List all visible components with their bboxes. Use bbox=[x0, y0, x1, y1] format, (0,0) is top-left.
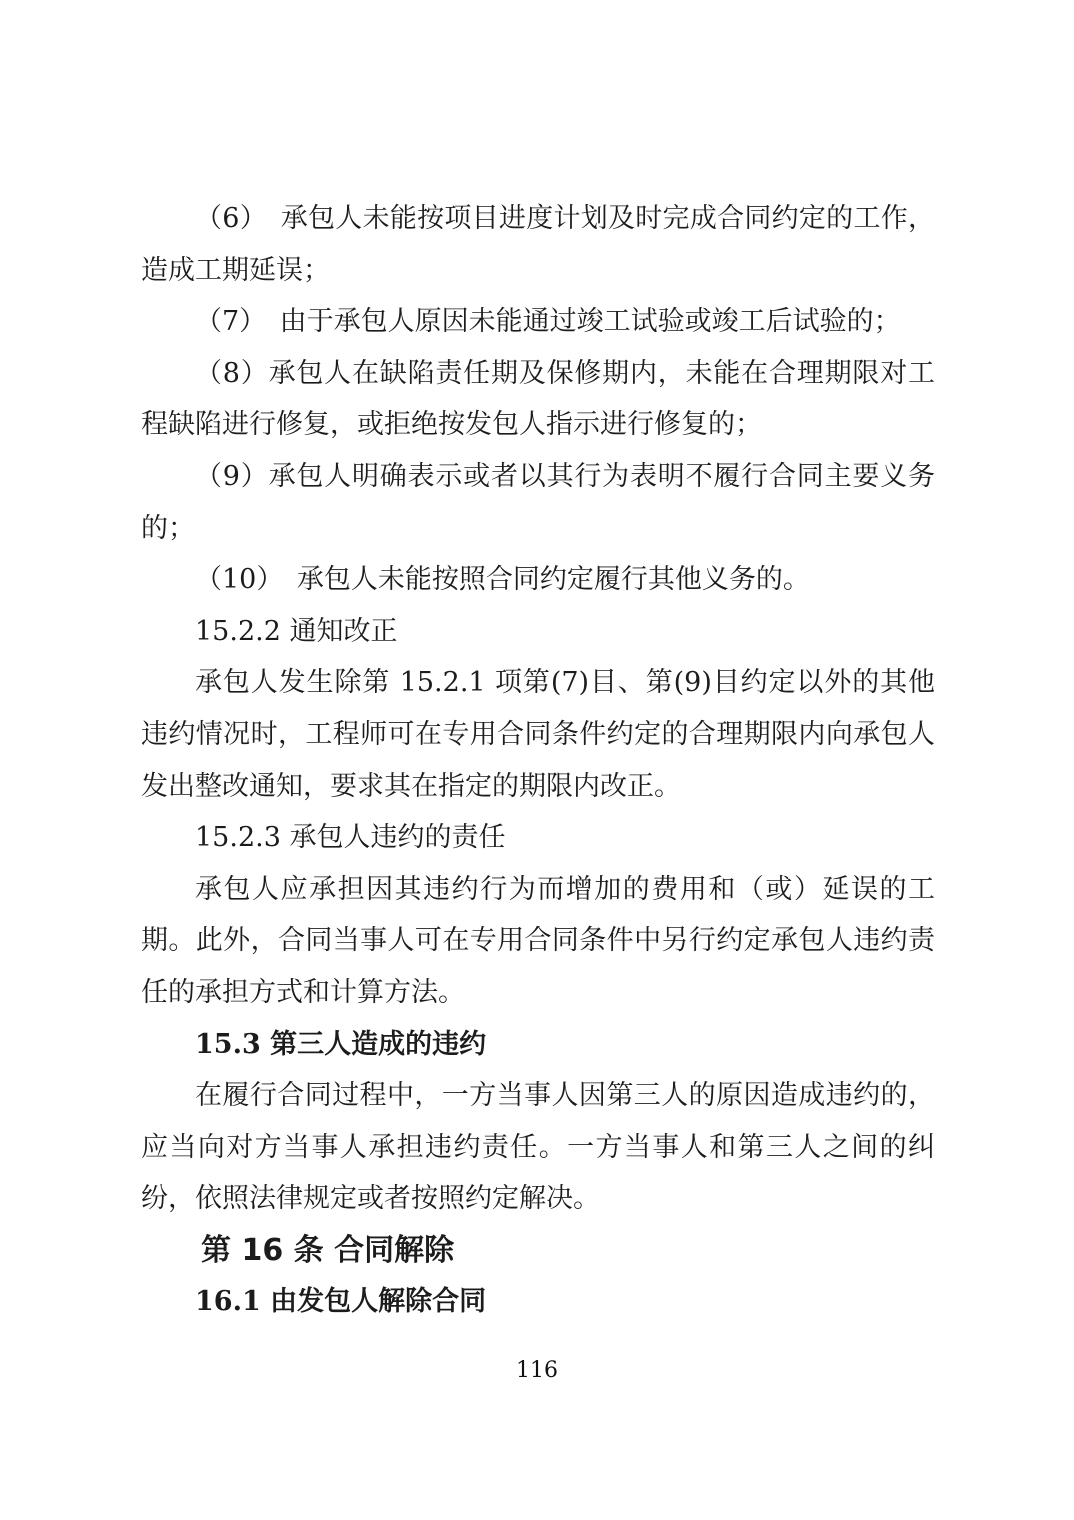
contract-text-block: （6） 承包人未能按项目进度计划及时完成合同约定的工作，造成工期延误； （7） … bbox=[141, 193, 935, 1328]
document-page: （6） 承包人未能按项目进度计划及时完成合同约定的工作，造成工期延误； （7） … bbox=[0, 0, 1074, 1520]
page-number: 116 bbox=[516, 1358, 558, 1383]
clause-item-10: （10） 承包人未能按照合同约定履行其他义务的。 bbox=[141, 554, 935, 606]
article-heading-16: 第 16 条 合同解除 bbox=[141, 1225, 935, 1277]
page-footer: 116 bbox=[0, 1356, 1074, 1386]
clause-item-7: （7） 由于承包人原因未能通过竣工试验或竣工后试验的； bbox=[141, 296, 935, 348]
paragraph-15-2-3-body: 承包人应承担因其违约行为而增加的费用和（或）延误的工期。此外，合同当事人可在专用… bbox=[141, 864, 935, 1019]
clause-item-8: （8）承包人在缺陷责任期及保修期内，未能在合理期限对工程缺陷进行修复，或拒绝按发… bbox=[141, 348, 935, 451]
paragraph-15-2-2-body: 承包人发生除第 15.2.1 项第(7)目、第(9)目约定以外的其他违约情况时，… bbox=[141, 657, 935, 812]
subclause-heading-15-2-3: 15.2.3 承包人违约的责任 bbox=[141, 812, 935, 864]
clause-heading-15-3: 15.3 第三人造成的违约 bbox=[141, 1019, 935, 1071]
paragraph-15-3-body: 在履行合同过程中，一方当事人因第三人的原因造成违约的，应当向对方当事人承担违约责… bbox=[141, 1070, 935, 1225]
subclause-heading-15-2-2: 15.2.2 通知改正 bbox=[141, 606, 935, 658]
clause-item-9: （9）承包人明确表示或者以其行为表明不履行合同主要义务的； bbox=[141, 451, 935, 554]
clause-heading-16-1: 16.1 由发包人解除合同 bbox=[141, 1276, 935, 1328]
clause-item-6: （6） 承包人未能按项目进度计划及时完成合同约定的工作，造成工期延误； bbox=[141, 193, 935, 296]
